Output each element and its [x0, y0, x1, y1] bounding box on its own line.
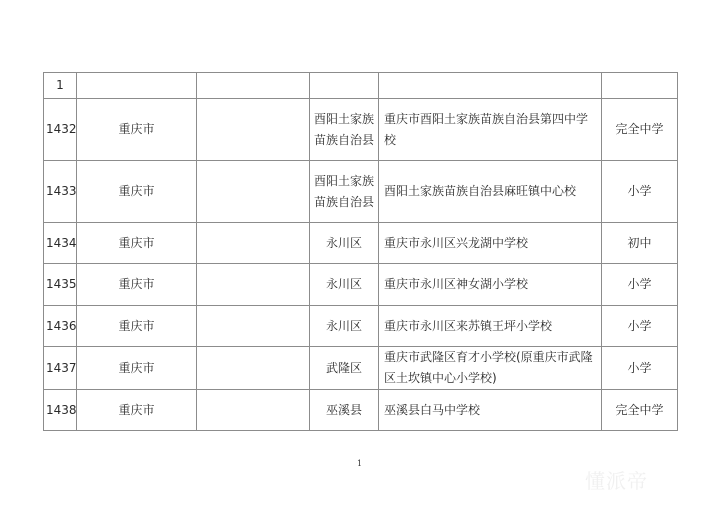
- city-cell: [197, 347, 310, 390]
- watermark-logo: 懂派帝: [585, 465, 648, 494]
- city-cell: [197, 390, 310, 431]
- row-number: 1436: [44, 306, 77, 347]
- table-row: 1436 重庆市 永川区 重庆市永川区来苏镇王坪小学校 小学: [44, 306, 678, 347]
- school-type-cell: [602, 73, 678, 99]
- school-list-table: 1 1432 重庆市 酉阳土家族苗族自治县 重庆市酉阳土家族苗族自治县第四中学校…: [43, 72, 678, 431]
- city-cell: [197, 223, 310, 264]
- city-cell: [197, 264, 310, 306]
- province-cell: 重庆市: [77, 223, 197, 264]
- city-cell: [197, 306, 310, 347]
- province-cell: 重庆市: [77, 99, 197, 161]
- table-row: 1435 重庆市 永川区 重庆市永川区神女湖小学校 小学: [44, 264, 678, 306]
- table-row: 1434 重庆市 永川区 重庆市永川区兴龙湖中学校 初中: [44, 223, 678, 264]
- row-number: 1433: [44, 161, 77, 223]
- province-cell: 重庆市: [77, 390, 197, 431]
- table-row: 1438 重庆市 巫溪县 巫溪县白马中学校 完全中学: [44, 390, 678, 431]
- province-cell: [77, 73, 197, 99]
- school-name-cell: 重庆市武隆区育才小学校(原重庆市武隆区土坎镇中心小学校): [379, 347, 602, 390]
- school-type-cell: 初中: [602, 223, 678, 264]
- school-name-cell: 酉阳土家族苗族自治县麻旺镇中心校: [379, 161, 602, 223]
- row-number: 1437: [44, 347, 77, 390]
- school-name-cell: 重庆市永川区神女湖小学校: [379, 264, 602, 306]
- table-row: 1433 重庆市 酉阳土家族苗族自治县 酉阳土家族苗族自治县麻旺镇中心校 小学: [44, 161, 678, 223]
- row-number: 1: [44, 73, 77, 99]
- county-cell: 武隆区: [310, 347, 379, 390]
- county-cell: 酉阳土家族苗族自治县: [310, 161, 379, 223]
- county-cell: 永川区: [310, 223, 379, 264]
- school-name-cell: 重庆市永川区来苏镇王坪小学校: [379, 306, 602, 347]
- table-row: 1: [44, 73, 678, 99]
- row-number: 1432: [44, 99, 77, 161]
- school-name-cell: 重庆市永川区兴龙湖中学校: [379, 223, 602, 264]
- school-type-cell: 小学: [602, 347, 678, 390]
- county-cell: 巫溪县: [310, 390, 379, 431]
- school-type-cell: 小学: [602, 161, 678, 223]
- school-type-cell: 完全中学: [602, 99, 678, 161]
- school-type-cell: 完全中学: [602, 390, 678, 431]
- school-name-cell: 巫溪县白马中学校: [379, 390, 602, 431]
- county-cell: 永川区: [310, 264, 379, 306]
- county-cell: 酉阳土家族苗族自治县: [310, 99, 379, 161]
- table-row: 1437 重庆市 武隆区 重庆市武隆区育才小学校(原重庆市武隆区土坎镇中心小学校…: [44, 347, 678, 390]
- school-name-cell: [379, 73, 602, 99]
- row-number: 1438: [44, 390, 77, 431]
- county-cell: [310, 73, 379, 99]
- province-cell: 重庆市: [77, 264, 197, 306]
- school-type-cell: 小学: [602, 306, 678, 347]
- row-number: 1434: [44, 223, 77, 264]
- page-number: 1: [357, 459, 362, 468]
- school-type-cell: 小学: [602, 264, 678, 306]
- city-cell: [197, 161, 310, 223]
- province-cell: 重庆市: [77, 161, 197, 223]
- city-cell: [197, 99, 310, 161]
- table-row: 1432 重庆市 酉阳土家族苗族自治县 重庆市酉阳土家族苗族自治县第四中学校 完…: [44, 99, 678, 161]
- row-number: 1435: [44, 264, 77, 306]
- city-cell: [197, 73, 310, 99]
- school-name-cell: 重庆市酉阳土家族苗族自治县第四中学校: [379, 99, 602, 161]
- county-cell: 永川区: [310, 306, 379, 347]
- province-cell: 重庆市: [77, 306, 197, 347]
- province-cell: 重庆市: [77, 347, 197, 390]
